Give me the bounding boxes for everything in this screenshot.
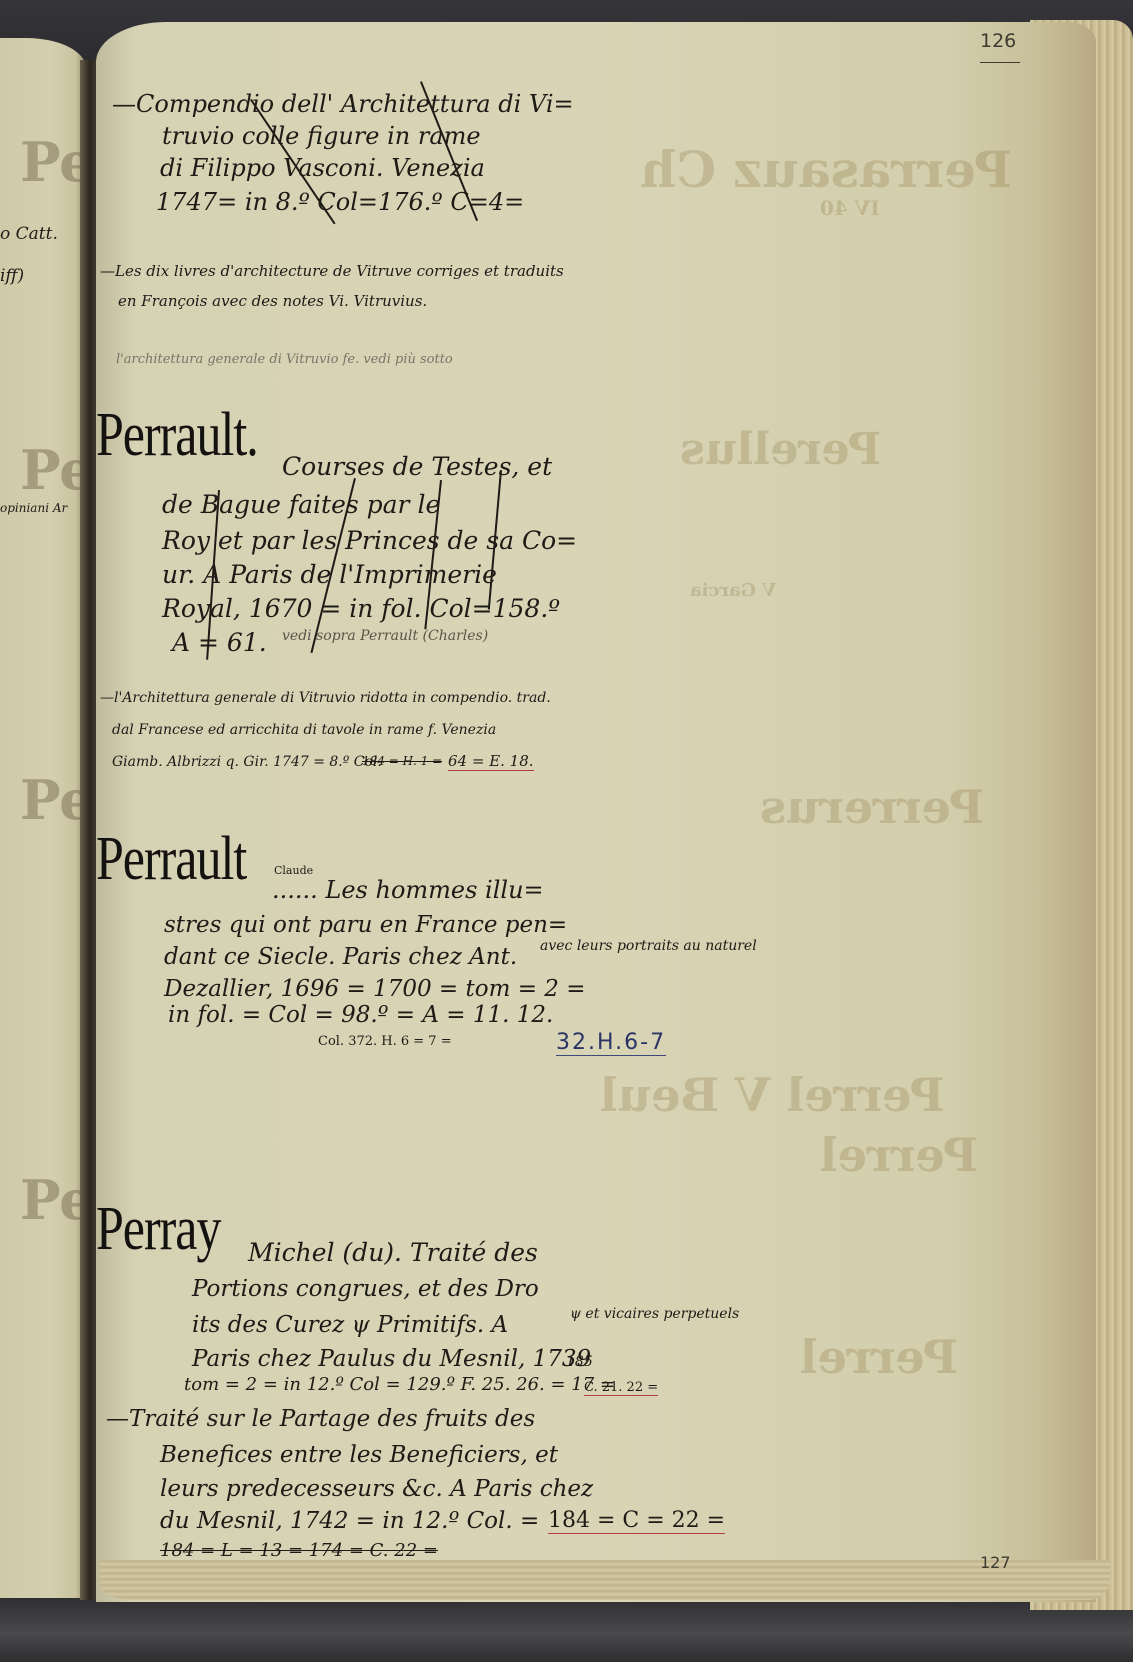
shelfmark: 184 = C = 22 = <box>548 1508 725 1534</box>
entry-line: Benefices entre les Beneficiers, et <box>160 1442 558 1468</box>
entry-line: —Les dix livres d'architecture de Vitruv… <box>100 262 564 280</box>
entry-superscript: 185 <box>566 1354 593 1370</box>
entry-line: Michel (du). Traité des <box>248 1238 538 1267</box>
entry-line: leurs predecesseurs &c. A Paris chez <box>160 1476 593 1502</box>
bleed-through-text: Perrasauz Ch <box>640 140 1012 199</box>
entry-line: in fol. = Col = 98.º = A = 11. 12. <box>168 1002 553 1028</box>
entry-line: Portions congrues, et des Dro <box>192 1276 539 1302</box>
page-bottom-edges <box>100 1560 1110 1600</box>
bleed-through-text: Perrel V Beul <box>600 1068 945 1122</box>
bleed-through-text: Perellus <box>680 424 881 475</box>
left-fragment: o Catt. <box>0 224 58 244</box>
entry-line: —Traité sur le Partage des fruits des <box>106 1406 535 1432</box>
page-number-top: 126 <box>980 30 1016 52</box>
entry-line: Giamb. Albrizzi q. Gir. 1747 = 8.º Col. <box>112 754 382 770</box>
entry-line: dant ce Siecle. Paris chez Ant. <box>164 944 517 970</box>
struck-location: 184 = H. 1 = <box>362 754 442 768</box>
entry-line: Royal, 1670 = in fol. Col=158.º <box>162 594 560 623</box>
entry-line: di Filippo Vasconi. Venezia <box>160 154 485 182</box>
entry-line: du Mesnil, 1742 = in 12.º Col. = <box>160 1508 539 1534</box>
entry-heading: Perray <box>96 1192 221 1265</box>
old-location: Col. 372. H. 6 = 7 = <box>318 1034 452 1049</box>
entry-line: truvio colle figure in rame <box>162 122 481 150</box>
entry-heading: Perrault <box>96 822 246 895</box>
page-number-bottom: 127 <box>980 1553 1011 1572</box>
entry-line: stres qui ont paru en France pen= <box>164 912 567 938</box>
entry-line: Courses de Testes, et <box>282 452 552 481</box>
left-fragment: iff) <box>0 266 24 286</box>
entry-line: —l'Architettura generale di Vitruvio rid… <box>100 690 551 706</box>
shelfmark: C. 21. 22 = <box>584 1380 658 1396</box>
pencil-note: l'architettura generale di Vitruvio fe. … <box>116 352 453 367</box>
left-fragment: opiniani Ar <box>0 501 67 515</box>
entry-line: tom = 2 = in 12.º Col = 129.º F. 25. 26.… <box>184 1374 615 1395</box>
entry-line: its des Curez ψ Primitifs. A <box>192 1312 508 1338</box>
entry-line: en François avec des notes Vi. Vitruvius… <box>118 292 427 310</box>
entry-line: A = 61. <box>172 628 267 657</box>
bleed-through-text: IV 40 <box>820 196 880 220</box>
bleed-through-text: Perrel <box>800 1330 958 1384</box>
entry-line: Roy et par les Princes de sa Co= <box>162 526 577 555</box>
struck-location: 184 = L = 13 = 174 = C. 22 = <box>160 1540 438 1561</box>
page-number-rule <box>980 62 1020 63</box>
bleed-through-text: Perrel <box>820 1128 978 1182</box>
entry-line: de Bague faites par le <box>162 490 440 519</box>
scan-background-bottom <box>0 1592 1133 1662</box>
entry-line: Dezallier, 1696 = 1700 = tom = 2 = <box>164 976 586 1002</box>
bleed-through-text: Perrerus <box>760 780 984 834</box>
entry-line: dal Francese ed arricchita di tavole in … <box>112 722 496 738</box>
entry-note: ψ et vicaires perpetuels <box>570 1306 739 1322</box>
bleed-through-text: V Garcia <box>690 580 776 601</box>
shelfmark: 32.H.6-7 <box>556 1030 666 1056</box>
entry-line: ...... Les hommes illu= <box>272 876 544 904</box>
entry-note: avec leurs portraits au naturel <box>540 938 757 954</box>
entry-heading: Perrault. <box>96 398 258 471</box>
left-page: Pe o Catt. iff) Pe opiniani Ar Pe Pe <box>0 38 86 1598</box>
entry-line: Paris chez Paulus du Mesnil, 1739 <box>192 1346 591 1372</box>
entry-line: —Compendio dell' Architettura di Vi= <box>112 90 574 118</box>
shelfmark: 64 = E. 18. <box>448 752 534 771</box>
